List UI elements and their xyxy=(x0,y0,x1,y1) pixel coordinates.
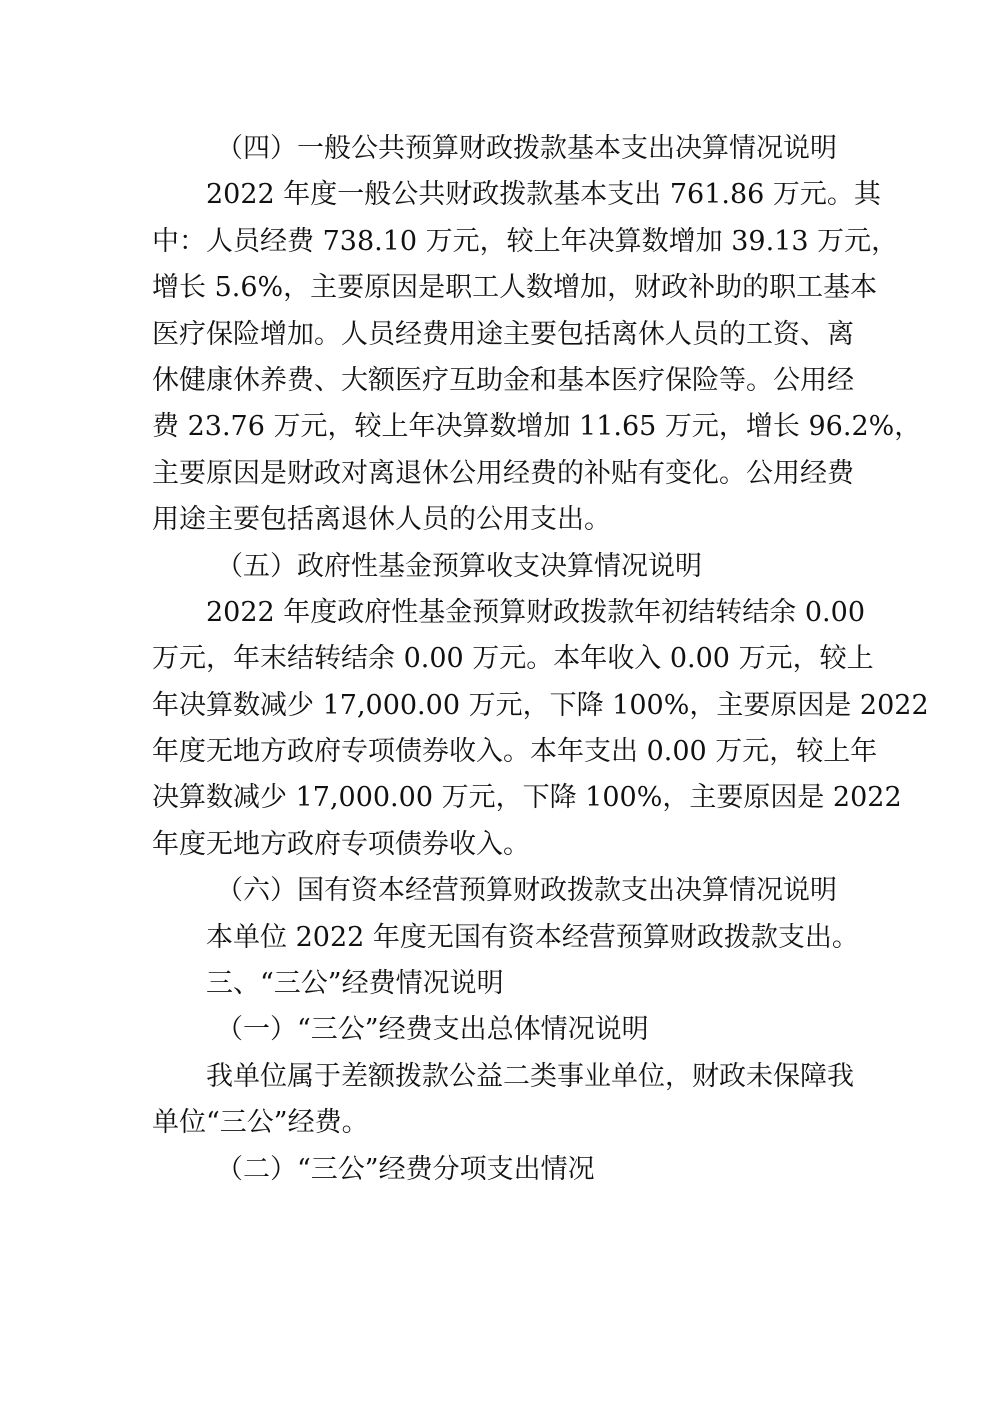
section-heading-6: （六）国有资本经营预算财政拨款支出决算情况说明 xyxy=(152,868,852,914)
paragraph-line: 医疗保险增加。人员经费用途主要包括离休人员的工资、离 xyxy=(152,312,852,358)
paragraph-line: 年决算数减少 17,000.00 万元，下降 100%，主要原因是 2022 xyxy=(152,683,852,729)
subsection-heading-2: （二）“三公”经费分项支出情况 xyxy=(152,1147,852,1193)
paragraph-line: 休健康休养费、大额医疗互助金和基本医疗保险等。公用经 xyxy=(152,358,852,404)
document-page: （四）一般公共预算财政拨款基本支出决算情况说明 2022 年度一般公共财政拨款基… xyxy=(152,126,852,1193)
paragraph-line: 年度无地方政府专项债券收入。本年支出 0.00 万元，较上年 xyxy=(152,729,852,775)
paragraph-line: 主要原因是财政对离退休公用经费的补贴有变化。公用经费 xyxy=(152,451,852,497)
paragraph-line: 决算数减少 17,000.00 万元，下降 100%，主要原因是 2022 xyxy=(152,775,852,821)
paragraph-line: 我单位属于差额拨款公益二类事业单位，财政未保障我 xyxy=(152,1054,852,1100)
paragraph-line: 费 23.76 万元，较上年决算数增加 11.65 万元，增长 96.2%， xyxy=(152,404,852,450)
paragraph-line: 本单位 2022 年度无国有资本经营预算财政拨款支出。 xyxy=(152,915,852,961)
paragraph-line: 中：人员经费 738.10 万元，较上年决算数增加 39.13 万元， xyxy=(152,219,852,265)
section-heading-4: （四）一般公共预算财政拨款基本支出决算情况说明 xyxy=(152,126,852,172)
section-heading-5: （五）政府性基金预算收支决算情况说明 xyxy=(152,544,852,590)
paragraph-line: 单位“三公”经费。 xyxy=(152,1100,852,1146)
paragraph-line: 2022 年度政府性基金预算财政拨款年初结转结余 0.00 xyxy=(152,590,852,636)
subsection-heading-1: （一）“三公”经费支出总体情况说明 xyxy=(152,1007,852,1053)
paragraph-line: 年度无地方政府专项债券收入。 xyxy=(152,822,852,868)
paragraph-line: 增长 5.6%，主要原因是职工人数增加，财政补助的职工基本 xyxy=(152,265,852,311)
paragraph-line: 万元，年末结转结余 0.00 万元。本年收入 0.00 万元，较上 xyxy=(152,636,852,682)
section-3-title: 三、“三公”经费情况说明 xyxy=(152,961,852,1007)
paragraph-line: 2022 年度一般公共财政拨款基本支出 761.86 万元。其 xyxy=(152,172,852,218)
paragraph-line: 用途主要包括离退休人员的公用支出。 xyxy=(152,497,852,543)
